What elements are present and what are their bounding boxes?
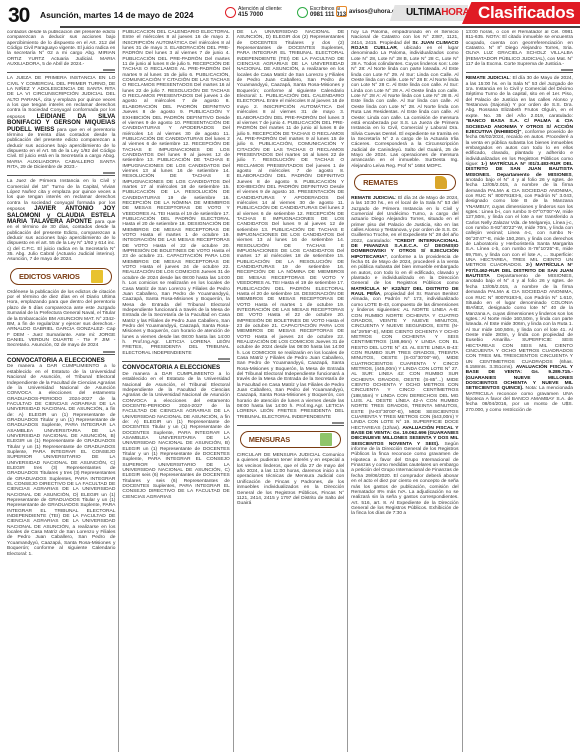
brand-bar: ULTIMAHORA Clasificados bbox=[390, 2, 580, 24]
auction-text: 13:00 horas, o con el Rematador al Cel. … bbox=[466, 30, 573, 67]
header-rule bbox=[60, 26, 580, 28]
notice-text: CIRCULAR DE MENSURA JUDICIAL Comunico a … bbox=[237, 453, 344, 506]
ultima-hora-logo: ULTIMAHORA bbox=[406, 7, 469, 18]
notice-text: PUBLICACIÓN DEL CALENDARIO ELECTORAL Ent… bbox=[122, 30, 229, 356]
section-header-remates: REMATES bbox=[354, 174, 455, 191]
gavel-icon bbox=[435, 176, 447, 189]
auction-text: REMATE JUDICIAL: El día 30 de Mayo de 20… bbox=[466, 76, 573, 413]
column-4: hoy La Paloma, empadronado en el Servici… bbox=[347, 30, 461, 752]
column-1: contados desde la publicación del presen… bbox=[4, 30, 118, 752]
edict-text: LA JUEZA DE PRIMERA INSTANCIA EN LO CIVI… bbox=[7, 76, 115, 170]
page-header: 30 Asunción, martes 14 de mayo de 2024 A… bbox=[0, 0, 580, 26]
divider bbox=[122, 358, 229, 362]
phone-icon bbox=[225, 7, 236, 18]
section-title: Clasificados bbox=[478, 3, 575, 23]
notice-text: De manera a DAR CUMPLIMIENTO a lo establ… bbox=[122, 372, 229, 500]
whatsapp-icon bbox=[297, 7, 308, 18]
notice-text: De manera a DAR CUMPLIMIENTO a lo establ… bbox=[7, 364, 115, 556]
mail-icon bbox=[336, 6, 347, 17]
notice-title: CONVOCATORIA A ELECCIONES bbox=[7, 358, 115, 364]
map-icon bbox=[320, 433, 332, 446]
section-header-edictos-varios: EDICTOS VARIOS bbox=[10, 268, 112, 285]
dateline: Asunción, martes 14 de mayo de 2024 bbox=[40, 10, 194, 20]
divider bbox=[7, 69, 115, 73]
edict-text: La Juez de Primera Instancia en lo Civil… bbox=[7, 179, 115, 262]
document-icon bbox=[91, 270, 103, 283]
customer-service-contact[interactable]: Atención al cliente:415 7000 bbox=[225, 6, 282, 18]
column-5: 13:00 horas, o con el Rematador al Cel. … bbox=[462, 30, 576, 752]
auction-text: REMATE JUDICIAL: El día 24 de Mayo de 20… bbox=[351, 196, 458, 517]
notice-title: CONVOCATORIA A ELECCIONES bbox=[122, 365, 229, 371]
notice-text: DE LA UNIVERSIDAD NACIONAL DE ASUNCIÓN, … bbox=[237, 30, 344, 420]
divider bbox=[237, 422, 344, 426]
divider bbox=[466, 69, 573, 73]
page-number: 30 bbox=[8, 4, 29, 28]
classifieds-columns: contados desde la publicación del presen… bbox=[4, 30, 576, 752]
divider bbox=[7, 351, 115, 355]
column-3: DE LA UNIVERSIDAD NACIONAL DE ASUNCIÓN, … bbox=[233, 30, 347, 752]
edict-text: Ordénese la publicación de los edictos d… bbox=[7, 290, 115, 349]
edict-text: contados desde la publicación del presen… bbox=[7, 30, 115, 67]
column-2: PUBLICACIÓN DEL CALENDARIO ELECTORAL Ent… bbox=[118, 30, 232, 752]
divider bbox=[7, 172, 115, 176]
notice-text: hoy La Paloma, empadronado en el Servici… bbox=[351, 30, 458, 169]
section-header-mensuras: MENSURAS bbox=[240, 431, 341, 448]
